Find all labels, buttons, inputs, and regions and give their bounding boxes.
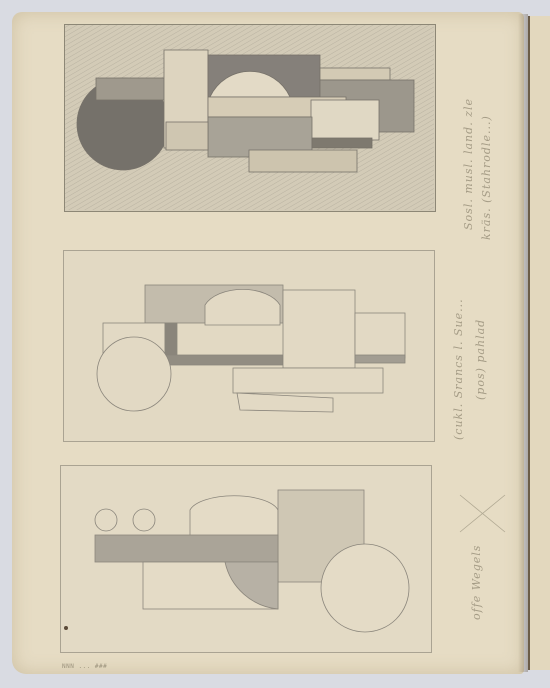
archive-stamp: NNN ... ### bbox=[62, 663, 107, 670]
drawing-bottom bbox=[95, 490, 409, 632]
stain-mark bbox=[64, 626, 68, 630]
margin-note-1: Sosl. musl. land. zle bbox=[462, 70, 475, 230]
margin-note-4: (pos) pahlad bbox=[474, 290, 487, 400]
margin-note-3: (cukl. Srancs l. Sue... bbox=[452, 250, 465, 440]
margin-note-5: offe Wegels bbox=[470, 530, 483, 620]
drawing-top bbox=[64, 24, 434, 210]
x-mark bbox=[460, 495, 505, 532]
margin-note-2: kräs. (Stahrodle...) bbox=[480, 80, 493, 240]
drawing-middle bbox=[97, 285, 405, 412]
